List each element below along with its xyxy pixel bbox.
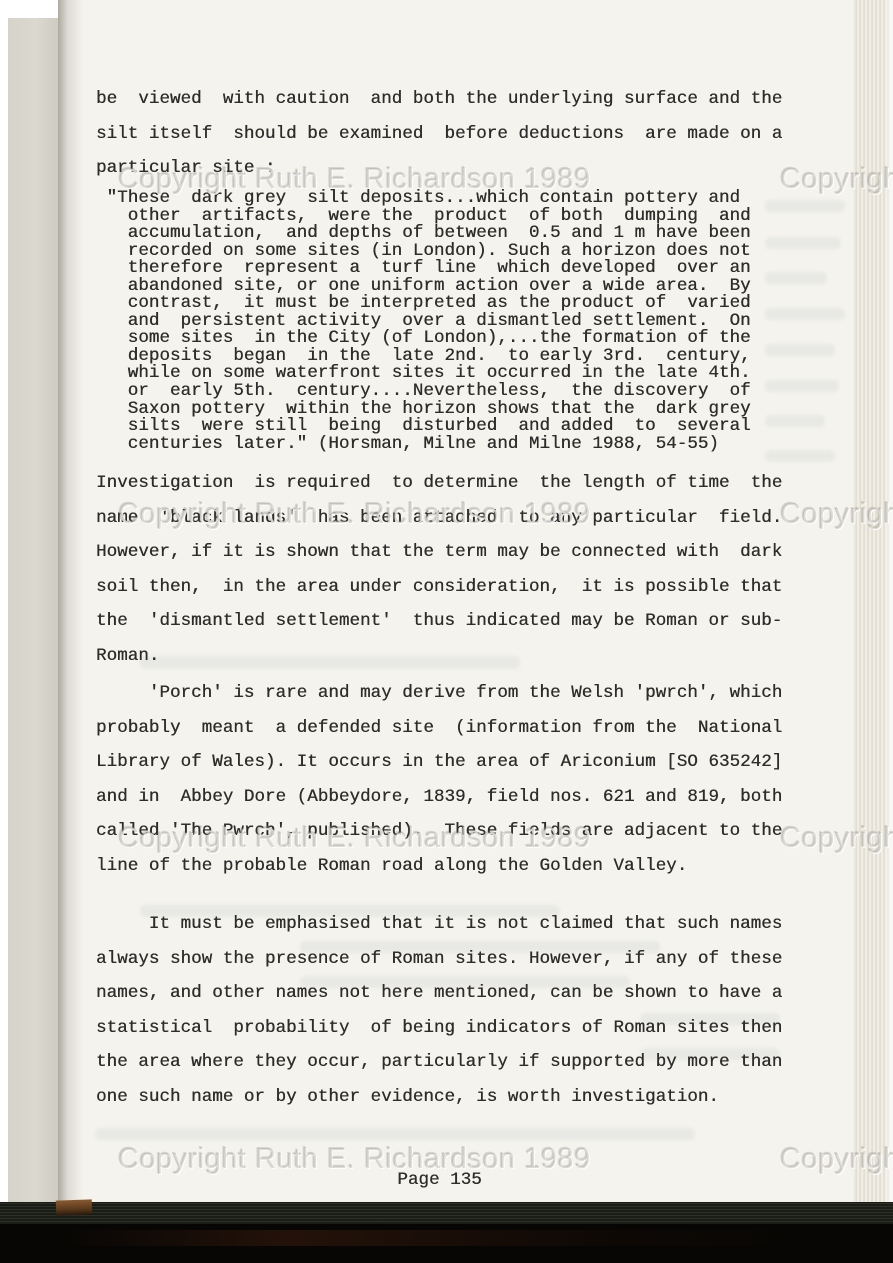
text-line: always show the presence of Roman sites.… bbox=[96, 942, 796, 977]
text-line: However, if it is shown that the term ma… bbox=[96, 535, 796, 570]
book-cover-band bbox=[0, 1202, 893, 1225]
book-cover-corner bbox=[56, 1199, 93, 1215]
text-line: Investigation is required to determine t… bbox=[96, 466, 796, 501]
text-line: line of the probable Roman road along th… bbox=[96, 849, 796, 884]
paragraph-porch: 'Porch' is rare and may derive from the … bbox=[96, 676, 796, 883]
scanned-book-page: be viewed with caution and both the unde… bbox=[0, 0, 893, 1263]
paragraph-intro: be viewed with caution and both the unde… bbox=[96, 82, 796, 186]
gutter-shadow bbox=[58, 0, 92, 1203]
paragraph-emphasis: It must be emphasised that it is not cla… bbox=[96, 907, 796, 1114]
text-line: accumulation, and depths of between 0.5 … bbox=[96, 225, 796, 243]
page-number: Page 135 bbox=[96, 1170, 783, 1190]
text-line: Roman. bbox=[96, 639, 796, 674]
text-line: statistical probability of being indicat… bbox=[96, 1011, 796, 1046]
text-line: the 'dismantled settlement' thus indicat… bbox=[96, 604, 796, 639]
bleedthrough-ghost bbox=[95, 1128, 695, 1140]
text-line: be viewed with caution and both the unde… bbox=[96, 82, 796, 117]
text-line: probably meant a defended site (informat… bbox=[96, 711, 796, 746]
text-line: or early 5th. century....Nevertheless, t… bbox=[96, 383, 796, 401]
text-line: and in Abbey Dore (Abbeydore, 1839, fiel… bbox=[96, 780, 796, 815]
paragraph-investigation: Investigation is required to determine t… bbox=[96, 466, 796, 673]
text-line: the area where they occur, particularly … bbox=[96, 1045, 796, 1080]
text-line: names, and other names not here mentione… bbox=[96, 976, 796, 1011]
text-line: silt itself should be examined before de… bbox=[96, 117, 796, 152]
text-line: called 'The Pwrch', published). These fi… bbox=[96, 814, 796, 849]
book-cover-sheen bbox=[60, 1230, 820, 1246]
text-line: "These dark grey silt deposits...which c… bbox=[96, 190, 796, 208]
text-line: It must be emphasised that it is not cla… bbox=[96, 907, 796, 942]
text-line: centuries later." (Horsman, Milne and Mi… bbox=[96, 436, 796, 454]
text-line: soil then, in the area under considerati… bbox=[96, 570, 796, 605]
text-line: one such name or by other evidence, is w… bbox=[96, 1080, 796, 1115]
text-line: name 'black lands' has been attached to … bbox=[96, 501, 796, 536]
text-line: 'Porch' is rare and may derive from the … bbox=[96, 676, 796, 711]
text-line: Library of Wales). It occurs in the area… bbox=[96, 745, 796, 780]
fore-edge-highlight bbox=[884, 0, 893, 1203]
blockquote-excerpt: "These dark grey silt deposits...which c… bbox=[96, 190, 796, 453]
text-line: particular site : bbox=[96, 151, 796, 186]
left-page-edge bbox=[8, 18, 58, 1203]
